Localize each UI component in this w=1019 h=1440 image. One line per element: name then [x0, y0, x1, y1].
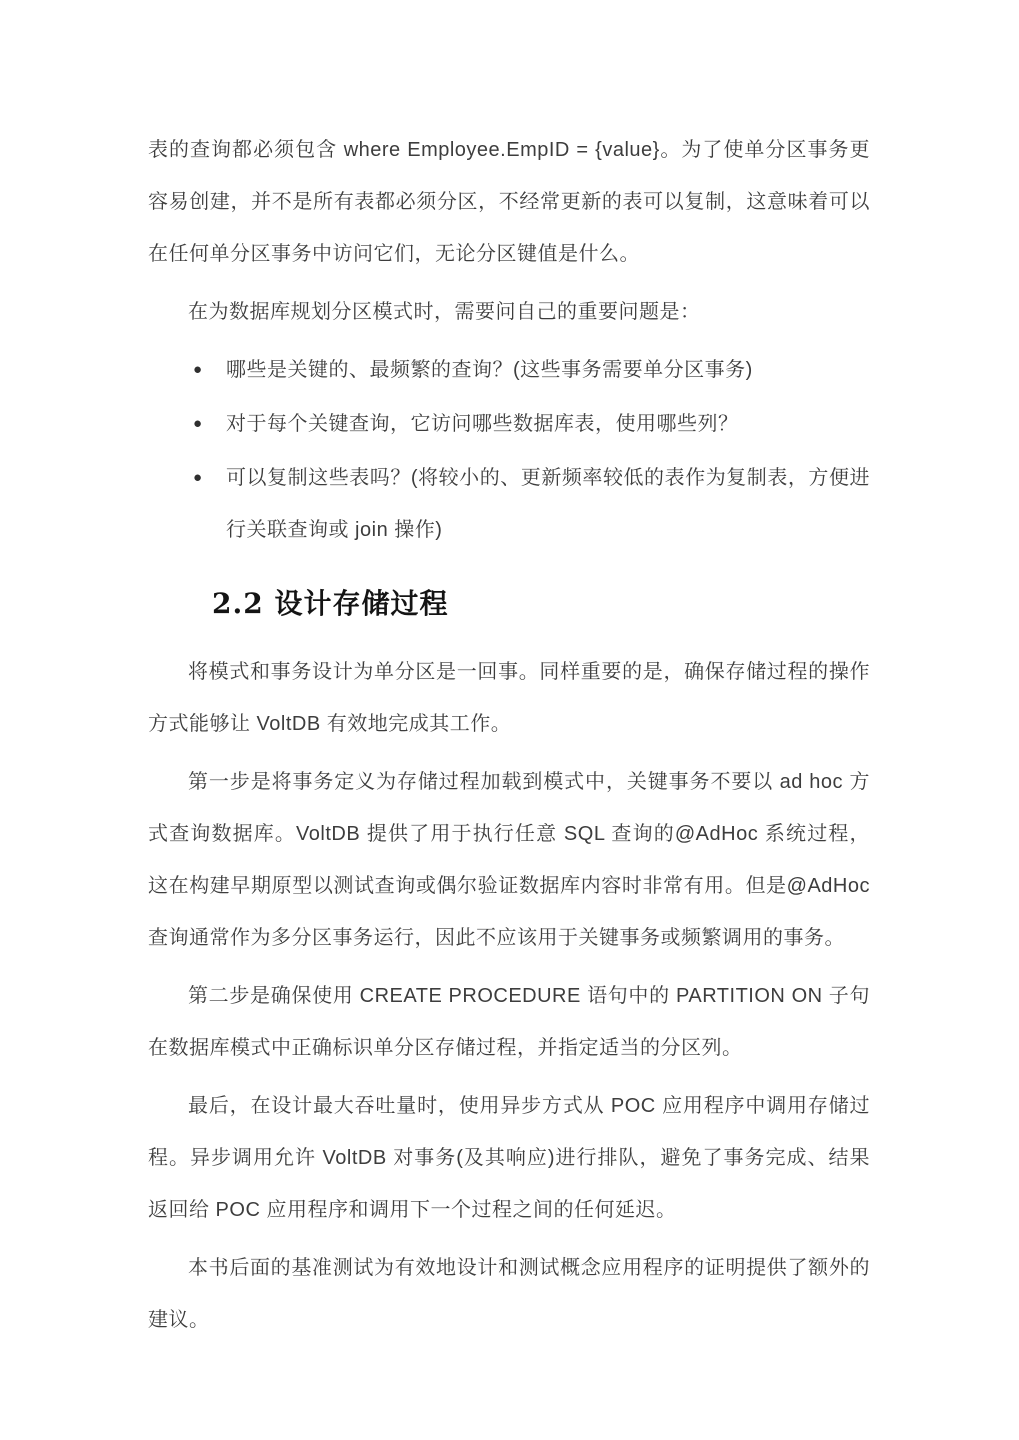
bullet-text: 对于每个关键查询，它访问哪些数据库表，使用哪些列？ — [226, 413, 739, 435]
bullet-icon: ● — [193, 452, 203, 504]
bullet-item: ● 哪些是关键的、最频繁的查询？(这些事务需要单分区事务) — [148, 344, 870, 396]
paragraph-async-calls: 最后，在设计最大吞吐量时，使用异步方式从 POC 应用程序中调用存储过程。异步调… — [148, 1080, 870, 1236]
bullet-item: ● 可以复制这些表吗？(将较小的、更新频率较低的表作为复制表，方便进行关联查询或… — [148, 452, 870, 556]
paragraph-step-one-adhoc: 第一步是将事务定义为存储过程加载到模式中，关键事务不要以 ad hoc 方式查询… — [148, 756, 870, 964]
document-page: 表的查询都必须包含 where Employee.EmpID = {value}… — [0, 0, 1019, 1440]
bullet-item: ● 对于每个关键查询，它访问哪些数据库表，使用哪些列？ — [148, 398, 870, 450]
section-heading: 2.2 设计存储过程 — [212, 584, 870, 624]
bullet-icon: ● — [193, 344, 203, 396]
paragraph-schema-transactions: 将模式和事务设计为单分区是一回事。同样重要的是，确保存储过程的操作方式能够让 V… — [148, 646, 870, 750]
bullet-icon: ● — [193, 398, 203, 450]
paragraph-question-lead: 在为数据库规划分区模式时，需要问自己的重要问题是： — [148, 286, 870, 338]
paragraph-step-two-partition-on: 第二步是确保使用 CREATE PROCEDURE 语句中的 PARTITION… — [148, 970, 870, 1074]
bullet-text: 可以复制这些表吗？(将较小的、更新频率较低的表作为复制表，方便进行关联查询或 j… — [226, 467, 870, 541]
paragraph-benchmark-note: 本书后面的基准测试为有效地设计和测试概念应用程序的证明提供了额外的建议。 — [148, 1242, 870, 1346]
paragraph-intro: 表的查询都必须包含 where Employee.EmpID = {value}… — [148, 124, 870, 280]
bullet-list: ● 哪些是关键的、最频繁的查询？(这些事务需要单分区事务) ● 对于每个关键查询… — [148, 344, 870, 556]
bullet-text: 哪些是关键的、最频繁的查询？(这些事务需要单分区事务) — [226, 359, 753, 381]
